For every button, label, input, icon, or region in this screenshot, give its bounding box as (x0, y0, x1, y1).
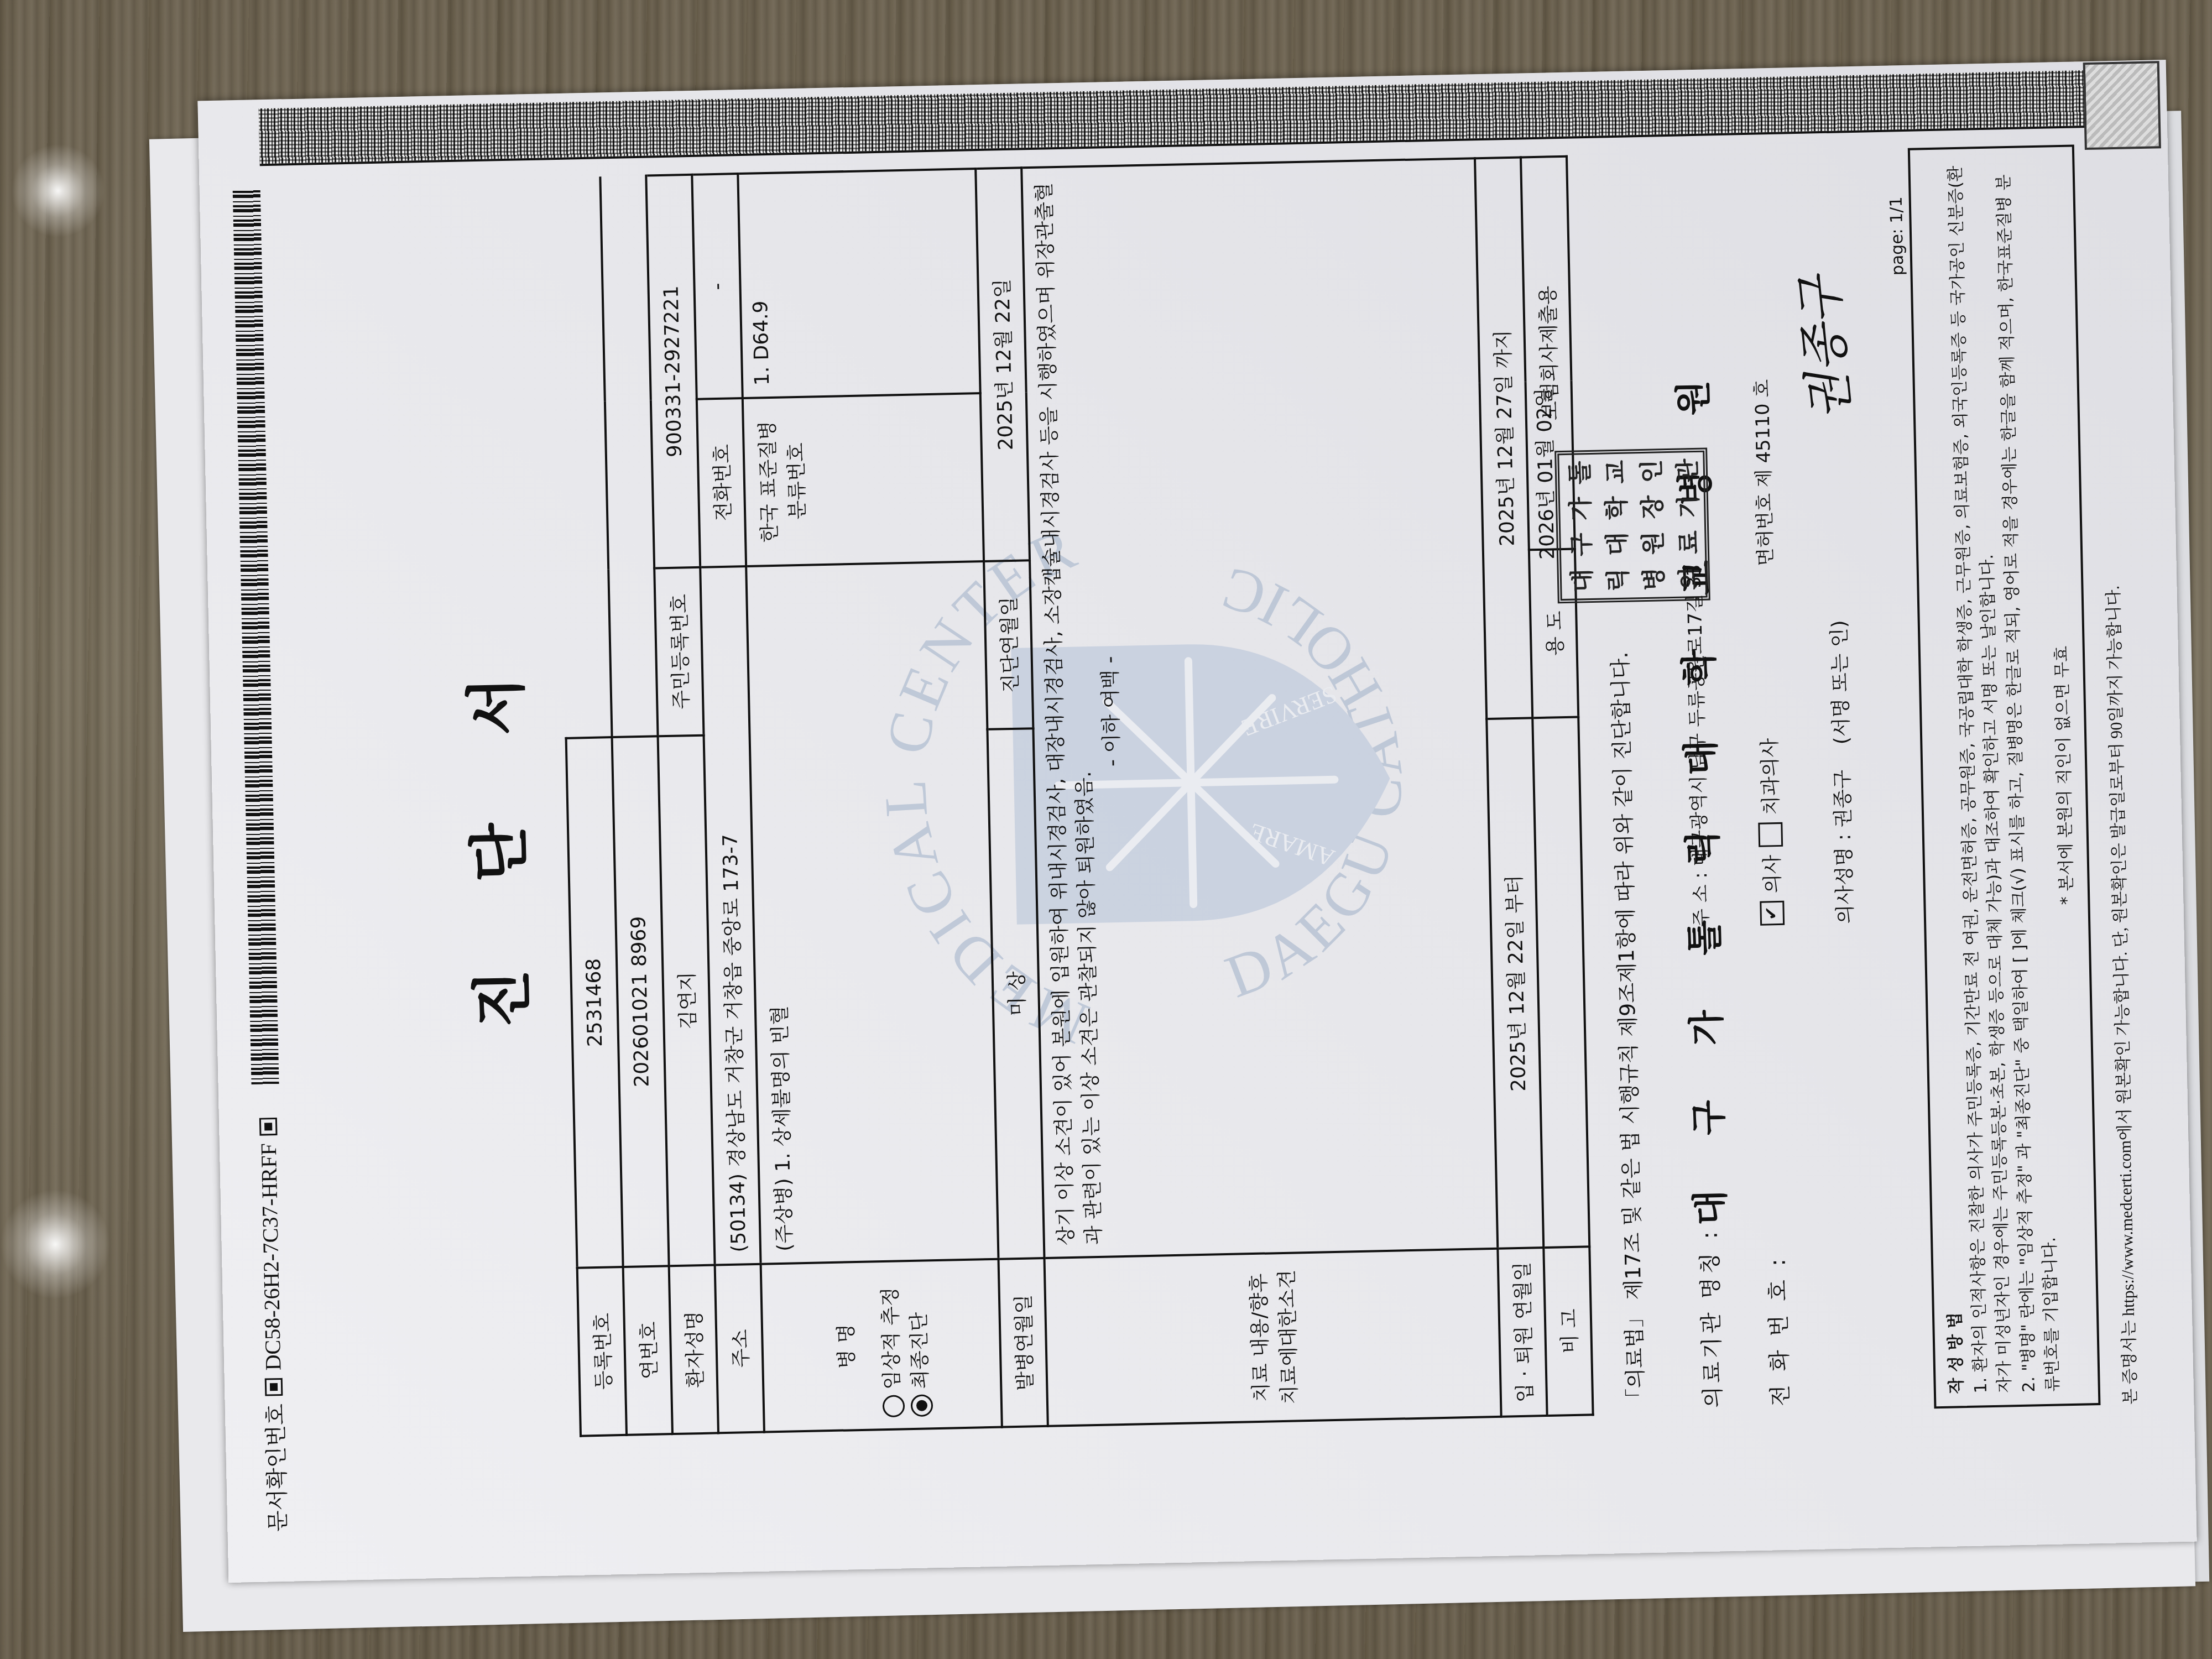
phone-value: - (692, 174, 742, 399)
kcd-code: 1. D64.9 (738, 169, 980, 398)
verification-notice: 본 증명서는 https://www.medcerti.com에서 원본확인 가… (2099, 586, 2141, 1405)
square-bullet-icon (264, 1378, 283, 1396)
instructions-box: 작 성 방 법 1. 환자의 인적사항은 진찰한 의사가 주민등록증, 기간만료… (1908, 145, 2101, 1409)
verification-line: 문서확인번호 DC58-26H2-7C37-HRFF (252, 1118, 293, 1532)
option-clinical-estimate[interactable]: 임상적 추정 (874, 1273, 905, 1417)
verification-label: 문서확인번호 (258, 1404, 293, 1532)
verification-stamp-box (2083, 61, 2161, 150)
doctor-name-line: 의사성명 : 권종구 (서명 또는 인) (1824, 620, 1858, 924)
rrn-value: 900331-2927221 (646, 175, 700, 568)
radio-selected-icon (910, 1394, 933, 1417)
rrn-label: 주민등록번호 (654, 567, 703, 737)
phone-label: 전화번호 (697, 398, 746, 567)
license-number: 면허번호 제 45110 호 (1746, 379, 1777, 566)
radio-unselected-icon (882, 1395, 905, 1417)
registration-no-label: 등록번호 (577, 1267, 627, 1436)
kcd-label: 한국 표준질병 분류번호 (743, 393, 984, 566)
option-final-diagnosis[interactable]: 최종진단 (902, 1272, 933, 1417)
doctor-signature: 권종구 (1778, 274, 1863, 424)
admission-period-label: 입 · 퇴원 연월일 (1498, 1248, 1547, 1417)
diagnosis-date-label: 진단연월일 (984, 560, 1033, 729)
diagnosis-date-value: 2025년 12월 22일 (975, 168, 1030, 561)
barcode (233, 188, 279, 1084)
institution-label: 의료기관 명칭 : (1692, 1225, 1728, 1408)
doctor-type-checkboxes: ✔ 의사 치과의사 (1754, 738, 1786, 926)
page-number: page: 1/1 (1887, 196, 1908, 276)
patient-name-label: 환자성명 (669, 1265, 718, 1434)
serial-no-label: 연번호 (623, 1266, 672, 1435)
law-statement: 「의료법」 제17조 및 같은 법 시행규칙 제9조제1항에 따라 위와 같이 … (1603, 651, 1650, 1410)
light-glare (0, 1189, 111, 1300)
page-title: 진 단 서 (435, 94, 554, 1578)
checkbox-checked-icon[interactable]: ✔ (1760, 901, 1785, 926)
remarks-label: 비 고 (1543, 1246, 1593, 1416)
checkbox-empty-icon[interactable] (1758, 822, 1783, 847)
light-glare (11, 144, 105, 238)
address-label: 주소 (715, 1264, 764, 1433)
security-pattern-strip (259, 70, 2101, 166)
square-bullet-icon (259, 1118, 277, 1136)
verification-code: DC58-26H2-7C37-HRFF (255, 1143, 286, 1371)
patient-info-table: 등록번호 2531468 연번호 202601021 8969 환자성명 김연지… (553, 155, 1594, 1437)
institution-phone-label: 전 화 번 호 : (1759, 1224, 1794, 1407)
disease-name-value: (주상병) 1. 상세불명의 빈혈 (746, 561, 998, 1264)
disease-label: 병 명 (830, 1274, 860, 1418)
onset-date-label: 발병연월일 (999, 1258, 1048, 1427)
diagnosis-certificate-sheet: MEDICAL CENTER DAEGU CATHOLIC AMARE SERV… (197, 60, 2197, 1583)
treatment-label: 치료 내용/향후 치료에대한소견 (1044, 1249, 1501, 1426)
